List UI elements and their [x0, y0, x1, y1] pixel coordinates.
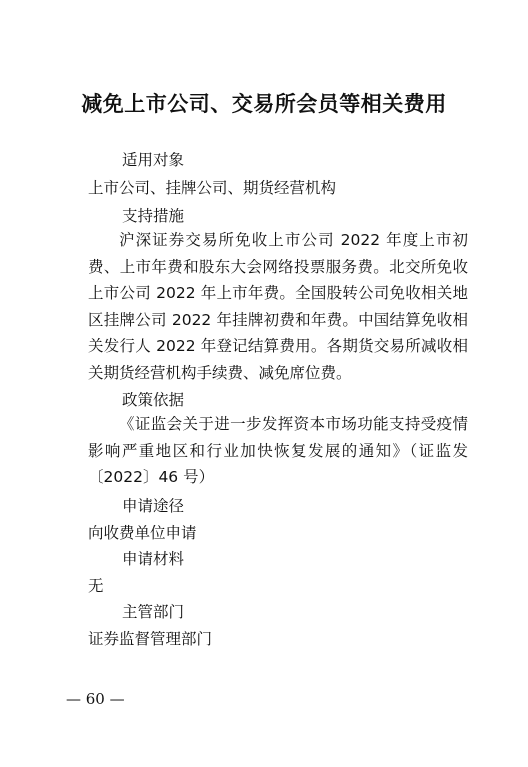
- body-measures: 沪深证券交易所免收上市公司 2022 年度上市初费、上市年费和股东大会网络投票服…: [88, 227, 468, 386]
- body-materials: 无: [88, 574, 104, 596]
- body-target: 上市公司、挂牌公司、期货经营机构: [88, 176, 336, 198]
- body-basis: 《证监会关于进一步发挥资本市场功能支持受疫情影响严重地区和行业加快恢复发展的通知…: [88, 411, 468, 491]
- heading-measures: 支持措施: [122, 204, 184, 226]
- body-department: 证券监督管理部门: [88, 627, 212, 649]
- heading-basis: 政策依据: [122, 388, 184, 410]
- heading-target: 适用对象: [122, 148, 184, 170]
- body-channel: 向收费单位申请: [88, 521, 197, 543]
- page-number: — 60 —: [66, 690, 125, 708]
- heading-materials: 申请材料: [122, 547, 184, 569]
- page-title: 减免上市公司、交易所会员等相关费用: [0, 88, 528, 118]
- heading-department: 主管部门: [122, 600, 184, 622]
- heading-channel: 申请途径: [122, 494, 184, 516]
